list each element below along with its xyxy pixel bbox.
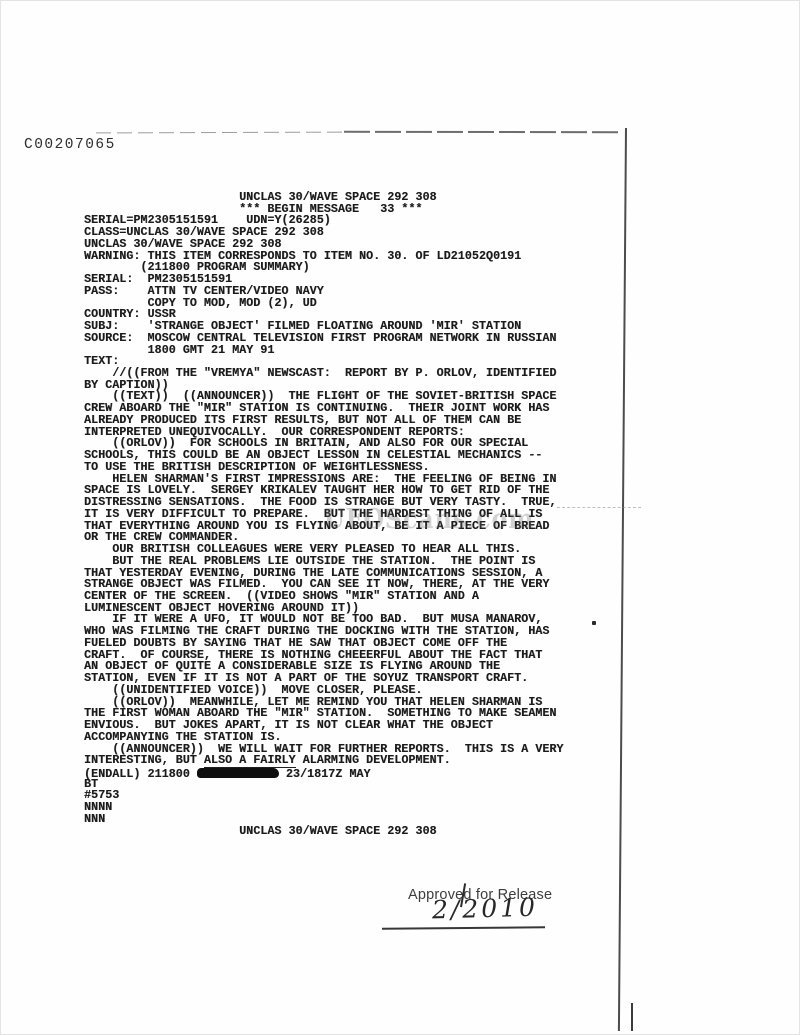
document-page: C00207065 UNCLAS 30/WAVE SPACE 292 308 *… xyxy=(0,0,800,1035)
document-line: NNNN xyxy=(84,802,563,814)
document-id: C00207065 xyxy=(24,137,116,153)
document-line: (ENDALL) 211800 23/1817Z MAY xyxy=(84,767,563,779)
line-text: ALARMING DEVELOPMENT. xyxy=(296,753,451,767)
document-line: #5753 xyxy=(84,790,563,802)
line-text: 23/1817Z MAY xyxy=(279,767,371,781)
scan-edge-line-blob xyxy=(631,1003,634,1031)
document-line: UNCLAS 30/WAVE SPACE 292 308 xyxy=(84,826,563,838)
watermark-text: UFOScans.com xyxy=(324,504,534,535)
scan-edge-line xyxy=(618,128,627,1031)
scan-dashed-line-right xyxy=(344,131,622,133)
redaction-bar xyxy=(197,768,279,778)
margin-dot xyxy=(592,621,596,625)
scan-dashed-line-left xyxy=(96,132,344,134)
scan-artifact-dash xyxy=(557,507,641,508)
stamp-underline xyxy=(382,926,545,929)
line-text: (ENDALL) 211800 xyxy=(84,767,197,781)
line-text: INTERESTING, BUT xyxy=(84,753,204,767)
scanned-page: { "header": { "document_id": "C00207065"… xyxy=(0,0,800,1035)
document-line: INTERESTING, BUT ALSO A FAIRLY ALARMING … xyxy=(84,755,563,767)
document-line: 1800 GMT 21 MAY 91 xyxy=(84,345,563,357)
handwritten-release-date: 2/2010 xyxy=(432,893,539,925)
